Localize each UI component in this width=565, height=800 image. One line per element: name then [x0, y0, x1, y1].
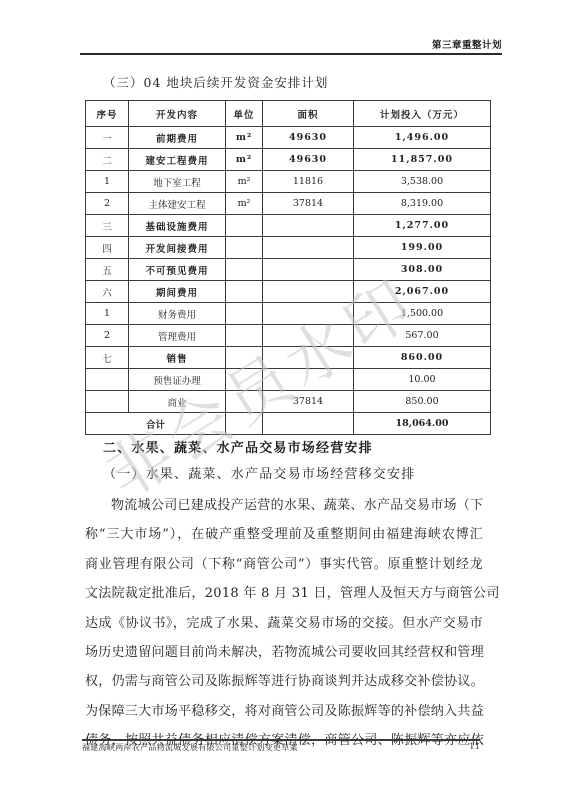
table-row: 1地下室工程m²118163,538.00 — [86, 171, 491, 193]
table-body: 一前期费用m²496301,496.00二建安工程费用m²4963011,857… — [86, 127, 491, 435]
paragraph-line: 场历史遗留问题目前尚未解决，若物流城公司要收回其经营权和管理 — [85, 638, 483, 667]
paragraph-line: 权，仍需与商管公司及陈振辉等进行协商谈判并达成移交补偿协议。 — [85, 667, 483, 696]
table-cell-num: 2 — [86, 325, 129, 347]
paragraph-line: 为保障三大市场平稳移交，将对商管公司及陈振辉等的补偿纳入共益 — [85, 697, 483, 726]
table-row: 预售证办理10.00 — [86, 369, 491, 391]
table-cell-unit — [226, 369, 263, 391]
footer-page-number: 11 — [469, 742, 480, 752]
table-cell-unit — [226, 347, 263, 369]
table-cell-num: 1 — [86, 171, 129, 193]
paragraph-line: 达成《协议书》，完成了水果、蔬菜交易市场的交接。但水产交易市 — [85, 609, 483, 638]
section3-title: （三）04 地块后续开发资金安排计划 — [103, 73, 328, 91]
table-cell-amount: 567.00 — [354, 325, 491, 347]
table-cell-area: 49630 — [263, 149, 354, 171]
table-cell-unit — [226, 391, 263, 413]
table-col-header: 面积 — [263, 101, 354, 127]
table-row: 二建安工程费用m²4963011,857.00 — [86, 149, 491, 171]
table-cell-area — [263, 237, 354, 259]
table-cell-num — [86, 391, 129, 413]
table-cell-amount: 11,857.00 — [354, 149, 491, 171]
table-cell-content: 前期费用 — [129, 127, 226, 149]
paragraph-line: 文法院裁定批准后，2018 年 8 月 31 日，管理人及恒天方与商管公司 — [85, 579, 483, 608]
paragraph-line: 商业管理有限公司（下称“商管公司”）事实代管。原重整计划经龙 — [85, 550, 483, 579]
footer-rule — [82, 739, 480, 741]
table-cell-amount: 1,277.00 — [354, 215, 491, 237]
table-row: 六期间费用2,067.00 — [86, 281, 491, 303]
table-cell-amount: 860.00 — [354, 347, 491, 369]
table-col-header: 计划投入（万元） — [354, 101, 491, 127]
table-cell-unit: m² — [226, 193, 263, 215]
table-cell-num: 1 — [86, 303, 129, 325]
table-cell-num: 三 — [86, 215, 129, 237]
paragraph-line: 物流城公司已建成投产运营的水果、蔬菜、水产品交易市场（下 — [85, 491, 483, 520]
page-footer: 福建海峡两岸农产品物流城发展有限公司重整计划变更草案 11 — [82, 742, 480, 753]
table-cell-content: 建安工程费用 — [129, 149, 226, 171]
table-cell-amount: 10.00 — [354, 369, 491, 391]
table-cell-area: 37814 — [263, 391, 354, 413]
table-cell-num: 七 — [86, 347, 129, 369]
section2-heading: 二、水果、蔬菜、水产品交易市场经营安排 — [103, 437, 373, 456]
table-col-header: 单位 — [226, 101, 263, 127]
table-cell-unit — [226, 281, 263, 303]
table-cell-num: 2 — [86, 193, 129, 215]
table-cell-area — [263, 215, 354, 237]
table-cell-amount: 308.00 — [354, 259, 491, 281]
table-cell-area — [263, 347, 354, 369]
table-cell-content: 财务费用 — [129, 303, 226, 325]
table-cell-amount: 8,319.00 — [354, 193, 491, 215]
table-cell-num: 一 — [86, 127, 129, 149]
table-cell-num — [86, 369, 129, 391]
table-total-row: 合计18,064.00 — [86, 413, 491, 435]
table-cell-content: 不可预见费用 — [129, 259, 226, 281]
table-cell-area — [263, 259, 354, 281]
table-cell-content: 基础设施费用 — [129, 215, 226, 237]
table-row: 一前期费用m²496301,496.00 — [86, 127, 491, 149]
table-cell-content: 主体建安工程 — [129, 193, 226, 215]
development-fund-table: 序号开发内容单位面积计划投入（万元） 一前期费用m²496301,496.00二… — [85, 100, 491, 435]
table-cell-area: 11816 — [263, 171, 354, 193]
table-row: 1财务费用1,500.00 — [86, 303, 491, 325]
table-cell-content: 商业 — [129, 391, 226, 413]
running-header: 第三章重整计划 — [80, 37, 502, 51]
total-empty-cell — [226, 413, 263, 435]
paragraph-line: 称“三大市场”），在破产重整受理前及重整期间由福建海峡农博汇 — [85, 520, 483, 549]
table-cell-unit: m² — [226, 127, 263, 149]
total-label: 合计 — [86, 413, 226, 435]
table-cell-area — [263, 325, 354, 347]
table-cell-content: 管理费用 — [129, 325, 226, 347]
table-cell-content: 销售 — [129, 347, 226, 369]
table-cell-content: 地下室工程 — [129, 171, 226, 193]
table-cell-amount: 199.00 — [354, 237, 491, 259]
table-cell-unit — [226, 237, 263, 259]
table-cell-unit — [226, 215, 263, 237]
table-cell-content: 预售证办理 — [129, 369, 226, 391]
body-paragraph: 物流城公司已建成投产运营的水果、蔬菜、水产品交易市场（下称“三大市场”），在破产… — [85, 491, 483, 756]
total-amount: 18,064.00 — [354, 413, 491, 435]
table-cell-area: 37814 — [263, 193, 354, 215]
table-cell-amount: 1,496.00 — [354, 127, 491, 149]
section2-subheading: （一）水果、蔬菜、水产品交易市场经营移交安排 — [103, 463, 415, 482]
table-cell-area — [263, 369, 354, 391]
table-cell-amount: 2,067.00 — [354, 281, 491, 303]
table-cell-unit: m² — [226, 171, 263, 193]
header-rule — [80, 53, 502, 55]
table-cell-amount: 850.00 — [354, 391, 491, 413]
total-empty-cell — [263, 413, 354, 435]
table-cell-area — [263, 281, 354, 303]
table-cell-area: 49630 — [263, 127, 354, 149]
table-row: 商业37814850.00 — [86, 391, 491, 413]
table-cell-num: 五 — [86, 259, 129, 281]
table-cell-unit — [226, 325, 263, 347]
table-cell-content: 期间费用 — [129, 281, 226, 303]
table-cell-unit — [226, 259, 263, 281]
table-cell-amount: 1,500.00 — [354, 303, 491, 325]
table-col-header: 序号 — [86, 101, 129, 127]
table-row: 五不可预见费用308.00 — [86, 259, 491, 281]
table-row: 七销售860.00 — [86, 347, 491, 369]
table-cell-amount: 3,538.00 — [354, 171, 491, 193]
table-row: 三基础设施费用1,277.00 — [86, 215, 491, 237]
table-cell-content: 开发间接费用 — [129, 237, 226, 259]
table-row: 2主体建安工程m²378148,319.00 — [86, 193, 491, 215]
table-row: 2管理费用567.00 — [86, 325, 491, 347]
table-cell-num: 六 — [86, 281, 129, 303]
table-cell-area — [263, 303, 354, 325]
table-cell-unit: m² — [226, 149, 263, 171]
table-cell-unit — [226, 303, 263, 325]
table-row: 四开发间接费用199.00 — [86, 237, 491, 259]
table-cell-num: 四 — [86, 237, 129, 259]
table-cell-num: 二 — [86, 149, 129, 171]
document-page: 第三章重整计划 非会员水印 （三）04 地块后续开发资金安排计划 序号开发内容单… — [0, 0, 565, 800]
table-header-row: 序号开发内容单位面积计划投入（万元） — [86, 101, 491, 127]
footer-company-name: 福建海峡两岸农产品物流城发展有限公司重整计划变更草案 — [82, 742, 298, 753]
table-col-header: 开发内容 — [129, 101, 226, 127]
